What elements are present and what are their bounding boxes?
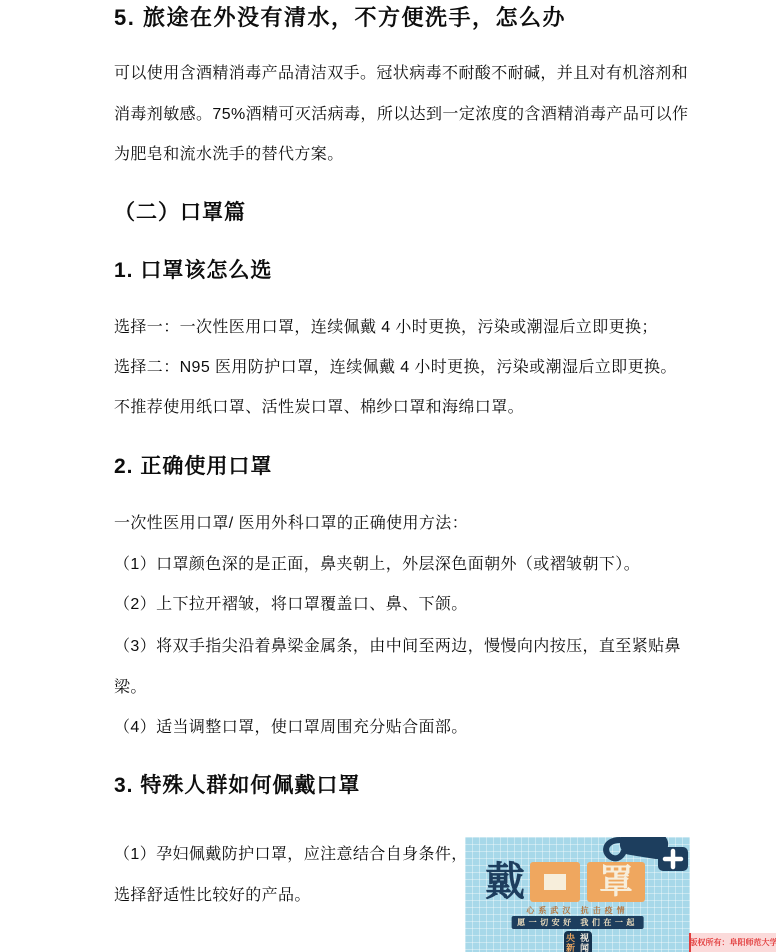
paragraph-line: （3）将双手指尖沿着鼻梁金属条，由中间至两边，慢慢向内按压，直至紧贴鼻 bbox=[114, 637, 681, 656]
poster-slogan-top: 心系武汉 抗击疫情 bbox=[465, 905, 690, 916]
paragraph-line: 不推荐使用纸口罩、活性炭口罩、棉纱口罩和海绵口罩。 bbox=[114, 398, 524, 417]
copyright-watermark: 版权所有：阜阳师范大学 bbox=[689, 933, 776, 952]
paragraph-line: 一次性医用口罩/ 医用外科口罩的正确使用方法： bbox=[114, 514, 468, 533]
headline-char-zhao-block: 罩 bbox=[587, 862, 645, 902]
logo-char: 闻 bbox=[580, 943, 589, 952]
paragraph-line: 可以使用含酒精消毒产品清洁双手。冠状病毒不耐酸不耐碱，并且对有机溶剂和 bbox=[114, 64, 688, 83]
paragraph-line: 消毒剂敏感。75%酒精可灭活病毒，所以达到一定浓度的含酒精消毒产品可以作 bbox=[114, 105, 688, 124]
cctv-news-logo: 央 视 新 闻 bbox=[564, 931, 592, 952]
section-heading-5: 5. 旅途在外没有清水，不方便洗手，怎么办 bbox=[114, 5, 566, 31]
headline-char-dai: 戴 bbox=[485, 862, 525, 902]
logo-char: 新 bbox=[566, 943, 575, 952]
paragraph-line: 选择舒适性比较好的产品。 bbox=[114, 886, 311, 905]
paragraph-line: （1）孕妇佩戴防护口罩，应注意结合自身条件， bbox=[114, 845, 468, 864]
section-heading-masks: （二）口罩篇 bbox=[114, 200, 246, 225]
paragraph-line: 梁。 bbox=[114, 678, 147, 697]
document-page: 5. 旅途在外没有清水，不方便洗手，怎么办 可以使用含酒精消毒产品清洁双手。冠状… bbox=[0, 0, 776, 952]
subheading-mask-choice: 1. 口罩该怎么选 bbox=[114, 258, 272, 283]
logo-char: 视 bbox=[580, 933, 589, 943]
poster-slogan-bottom: 愿一切安好 我们在一起 bbox=[511, 916, 644, 929]
poster-headline: 戴 口 罩 bbox=[485, 861, 645, 903]
paragraph-line: （2）上下拉开褶皱，将口罩覆盖口、鼻、下颌。 bbox=[114, 595, 468, 614]
wear-mask-poster-image: 戴 口 罩 心系武汉 抗击疫情 愿一切安好 我们在一起 央 视 新 闻 bbox=[465, 837, 690, 952]
logo-char: 央 bbox=[566, 933, 575, 943]
headline-char-kou-block: 口 bbox=[530, 862, 580, 902]
subheading-correct-use: 2. 正确使用口罩 bbox=[114, 454, 272, 479]
paragraph-line: （1）口罩颜色深的是正面，鼻夹朝上，外层深色面朝外（或褶皱朝下）。 bbox=[114, 555, 640, 574]
paragraph-line: 为肥皂和流水洗手的替代方案。 bbox=[114, 145, 344, 164]
paragraph-line: 选择二：N95 医用防护口罩，连续佩戴 4 小时更换，污染或潮湿后立即更换。 bbox=[114, 358, 677, 377]
paragraph-line: 选择一：一次性医用口罩，连续佩戴 4 小时更换，污染或潮湿后立即更换； bbox=[114, 318, 658, 337]
headline-char-zhao: 罩 bbox=[599, 865, 633, 899]
paragraph-line: （4）适当调整口罩，使口罩周围充分贴合面部。 bbox=[114, 718, 468, 737]
kou-glyph-counter bbox=[544, 874, 566, 890]
subheading-special-groups: 3. 特殊人群如何佩戴口罩 bbox=[114, 773, 360, 798]
